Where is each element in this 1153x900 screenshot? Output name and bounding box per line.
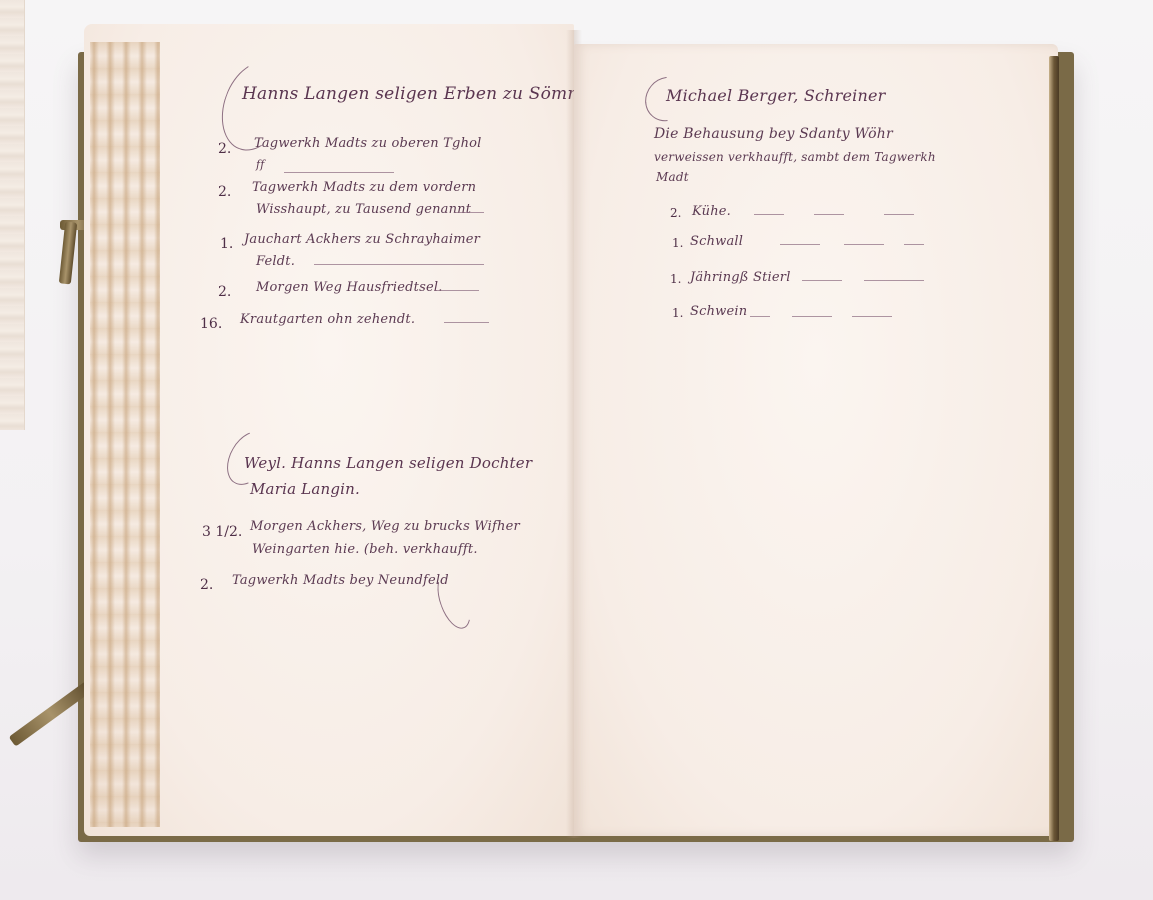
entry2-item1-qty: 3 1/2. bbox=[202, 524, 242, 540]
item2-qty: 1. bbox=[672, 236, 683, 250]
fill-line bbox=[314, 264, 484, 265]
entry1-item1-qty: 2. bbox=[218, 141, 231, 157]
entry1-item2-qty: 2. bbox=[218, 184, 231, 200]
item3-text: Jähringß Stierl bbox=[690, 270, 791, 285]
fill-line bbox=[814, 214, 844, 215]
entry1-item3-qty: 1. bbox=[220, 236, 233, 252]
entry-heading: Michael Berger, Schreiner bbox=[666, 86, 886, 105]
entry1-item1-note: ff bbox=[256, 158, 265, 171]
entry2-item2-qty: 2. bbox=[200, 577, 213, 593]
wooden-table-edge bbox=[0, 0, 25, 430]
entry1-item5-qty: 16. bbox=[200, 316, 222, 332]
entry-intro-line2: verweissen verkhaufft, sambt dem Tagwerk… bbox=[654, 150, 936, 164]
fill-line bbox=[802, 280, 842, 281]
entry2-item2-text: Tagwerkh Madts bey Neundfeld bbox=[232, 573, 449, 588]
page-edge-stains bbox=[90, 42, 160, 827]
entry2-heading-line2: Maria Langin. bbox=[250, 480, 360, 498]
entry1-item4-text: Morgen Weg Hausfriedtsel. bbox=[256, 280, 443, 295]
entry1-item3-text: Jauchart Ackhers zu Schrayhaimer bbox=[244, 232, 480, 247]
right-page: Michael Berger, Schreiner Die Behausung … bbox=[574, 44, 1058, 836]
bookmark-ribbon-top-tail bbox=[59, 222, 77, 285]
fill-line bbox=[884, 214, 914, 215]
fill-line bbox=[864, 280, 924, 281]
entry1-item5-text: Krautgarten ohn zehendt. bbox=[240, 312, 415, 327]
item3-qty: 1. bbox=[670, 272, 681, 286]
entry1-item2-cont: Wisshaupt, zu Tausend genannt bbox=[256, 202, 471, 217]
fill-line bbox=[284, 172, 394, 173]
fill-line bbox=[780, 244, 820, 245]
item4-qty: 1. bbox=[672, 306, 683, 320]
item1-qty: 2. bbox=[670, 206, 681, 220]
entry1-heading: Hanns Langen seligen Erben zu Sömmi bbox=[242, 84, 589, 104]
item2-text: Schwall bbox=[690, 234, 743, 249]
entry-intro-line3: Madt bbox=[656, 170, 689, 184]
item4-text: Schwein bbox=[690, 304, 747, 319]
fill-line bbox=[750, 316, 770, 317]
entry2-heading: Weyl. Hanns Langen seligen Dochter bbox=[244, 454, 532, 472]
entry1-item4-qty: 2. bbox=[218, 284, 231, 300]
tail-flourish bbox=[431, 569, 477, 633]
fill-line bbox=[434, 290, 479, 291]
entry2-item1-cont: Weingarten hie. (beh. verkhaufft. bbox=[252, 542, 478, 557]
fill-line bbox=[754, 214, 784, 215]
page-block-edge bbox=[1049, 56, 1059, 841]
entry1-item2-text: Tagwerkh Madts zu dem vordern bbox=[252, 180, 476, 195]
entry1-item1-text: Tagwerkh Madts zu oberen Tghol bbox=[254, 136, 482, 151]
fill-line bbox=[454, 212, 484, 213]
fill-line bbox=[852, 316, 892, 317]
fill-line bbox=[444, 322, 489, 323]
item1-text: Kühe. bbox=[692, 204, 731, 219]
entry2-item1-text: Morgen Ackhers, Weg zu brucks Wifher bbox=[250, 519, 520, 534]
fill-line bbox=[792, 316, 832, 317]
fill-line bbox=[904, 244, 924, 245]
fill-line bbox=[844, 244, 884, 245]
left-page: Hanns Langen seligen Erben zu Sömmi 2. T… bbox=[84, 24, 574, 836]
entry-intro: Die Behausung bey Sdanty Wöhr bbox=[654, 126, 893, 142]
entry1-item3-cont: Feldt. bbox=[256, 254, 295, 269]
